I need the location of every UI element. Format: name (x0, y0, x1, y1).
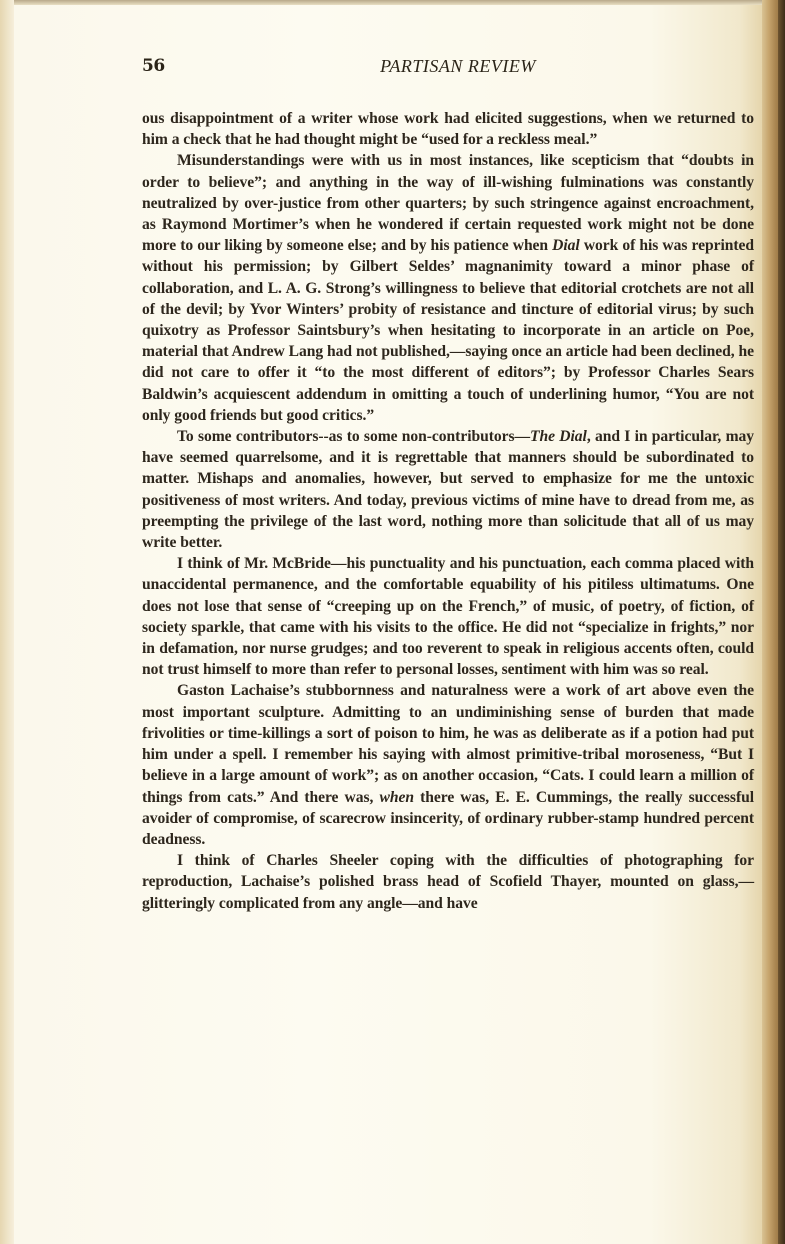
paragraph-2: Misunderstandings were with us in most i… (142, 150, 754, 426)
paragraph-3: To some contributors--as to some non-con… (142, 426, 754, 553)
book-spine-shadow (778, 0, 785, 1244)
paragraph-5: Gaston Lachaise’s stubbornness and natur… (142, 680, 754, 850)
text-segment: work of his was reprinted without his pe… (142, 237, 754, 424)
italic-emphasis-when: when (380, 789, 414, 806)
text-segment: ous disappointment of a writer whose wor… (142, 110, 754, 148)
italic-title-the-dial: The Dial (530, 428, 587, 445)
italic-title-dial: Dial (552, 237, 580, 254)
text-segment: I think of Charles Sheeler coping with t… (142, 852, 754, 911)
paragraph-6: I think of Charles Sheeler coping with t… (142, 850, 754, 914)
text-segment: To some contributors--as to some non-con… (177, 428, 530, 445)
journal-title: PARTISAN REVIEW (142, 56, 754, 77)
paragraph-4: I think of Mr. McBride—his punctuality a… (142, 553, 754, 680)
paragraph-1: ous disappointment of a writer whose wor… (142, 108, 754, 150)
running-head: 56 PARTISAN REVIEW (142, 56, 754, 80)
text-segment: I think of Mr. McBride—his punctuality a… (142, 555, 754, 678)
text-segment: Gaston Lachaise’s stubbornness and natur… (142, 682, 754, 805)
page-left-edge (0, 0, 14, 1244)
body-text: ous disappointment of a writer whose wor… (142, 108, 754, 914)
text-segment: , and I in particular, may have seemed q… (142, 428, 754, 551)
